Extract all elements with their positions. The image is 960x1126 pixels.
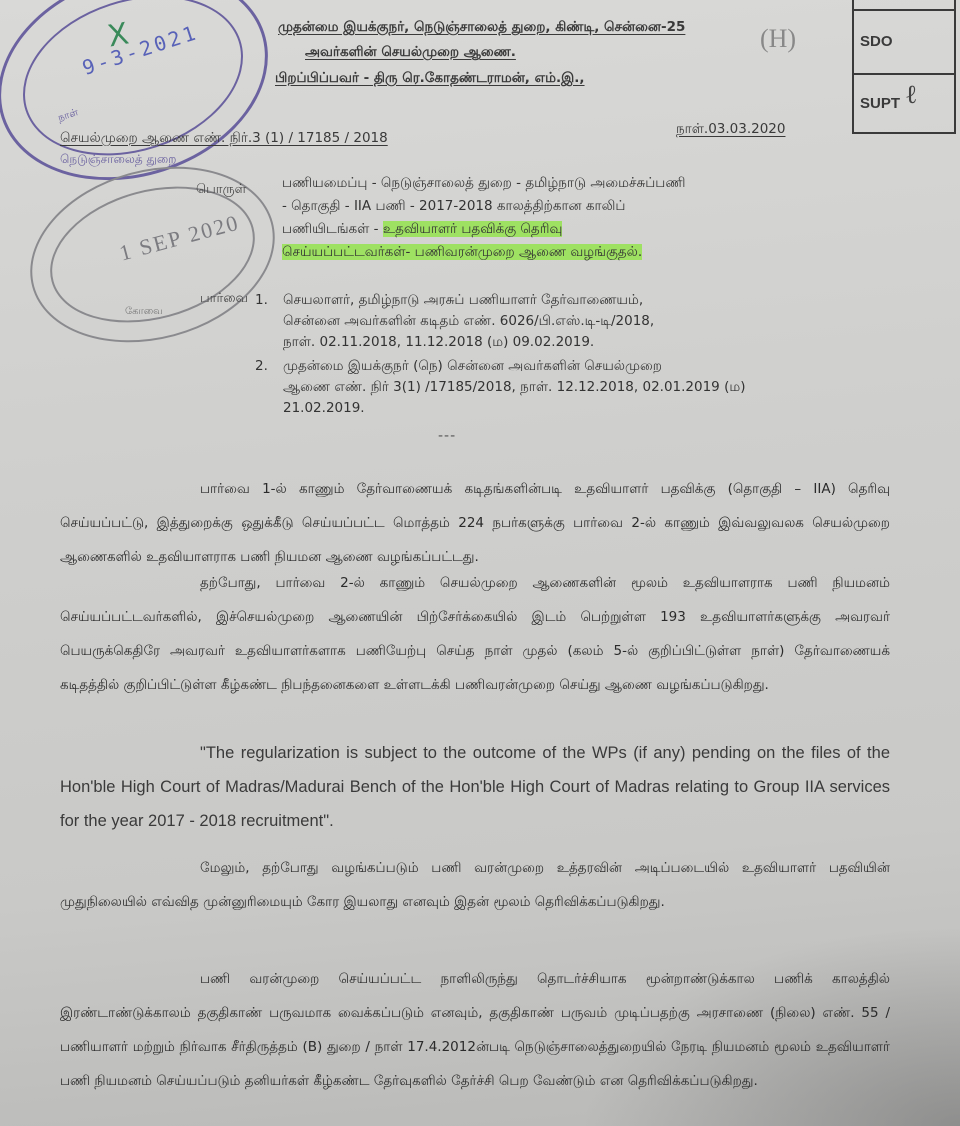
stamp-bottom-text: நெடுஞ்சாலைத் துறை — [60, 152, 176, 168]
routing-cell-supt: SUPT — [854, 73, 954, 130]
subject-block: பணியமைப்பு - நெடுஞ்சாலைத் துறை - தமிழ்நா… — [282, 172, 782, 264]
body-paragraph-4: மேலும், தற்போது வழங்கப்படும் பணி வரன்முற… — [60, 851, 890, 919]
signature-mark: ℓ — [905, 80, 917, 110]
references-label: பார்வை — [200, 291, 248, 307]
body-paragraph-1: பார்வை 1-ல் காணும் தேர்வாணையக் கடிதங்களி… — [60, 472, 890, 574]
handwritten-mark: (H) — [760, 24, 796, 54]
reference-number: செயல்முறை ஆணை எண். நிர்.3 (1) / 17185 / … — [60, 130, 388, 148]
subject-line-2: - தொகுதி - IIA பணி - 2017-2018 காலத்திற்… — [282, 195, 782, 218]
issuer-title: முதன்மை இயக்குநர், நெடுஞ்சாலைத் துறை, கி… — [278, 19, 685, 37]
issued-by: பிறப்பிப்பவர் - திரு ரெ.கோதண்டராமன், எம்… — [275, 70, 585, 88]
subject-line-3: பணியிடங்கள் - உதவியாளர் பதவிக்கு தெரிவு — [282, 218, 782, 241]
subject-line-4: செய்யப்பட்டவர்கள்- பணிவரன்முறை ஆணை வழங்க… — [282, 241, 782, 264]
separator: --- — [438, 428, 456, 444]
subject-highlight-2: செய்யப்பட்டவர்கள்- பணிவரன்முறை ஆணை வழங்க… — [282, 244, 642, 260]
order-type: அவர்களின் செயல்முறை ஆணை. — [305, 44, 516, 62]
routing-cell-sdo: SDO — [854, 9, 954, 73]
body-paragraph-2: தற்போது, பார்வை 2-ல் காணும் செயல்முறை ஆண… — [60, 566, 890, 702]
body-paragraph-english-condition: "The regularization is subject to the ou… — [60, 736, 890, 838]
body-paragraph-5: பணி வரன்முறை செய்யப்பட்ட நாளிலிருந்து தொ… — [60, 962, 890, 1098]
reference-item-1: 1. செயலாளர், தமிழ்நாடு அரசுப் பணியாளர் த… — [255, 290, 795, 353]
subject-highlight-1: உதவியாளர் பதவிக்கு தெரிவு — [383, 221, 563, 237]
reference-item-2: 2. முதன்மை இயக்குநர் (நெ) சென்னை அவர்களி… — [255, 356, 795, 419]
stamp2-bottom-text: கோவை — [125, 306, 163, 318]
subject-line-1: பணியமைப்பு - நெடுஞ்சாலைத் துறை - தமிழ்நா… — [282, 172, 782, 195]
order-date: நாள்.03.03.2020 — [676, 121, 785, 139]
routing-box: SDO SUPT — [852, 0, 956, 134]
subject-label: பொருள் — [196, 182, 246, 198]
